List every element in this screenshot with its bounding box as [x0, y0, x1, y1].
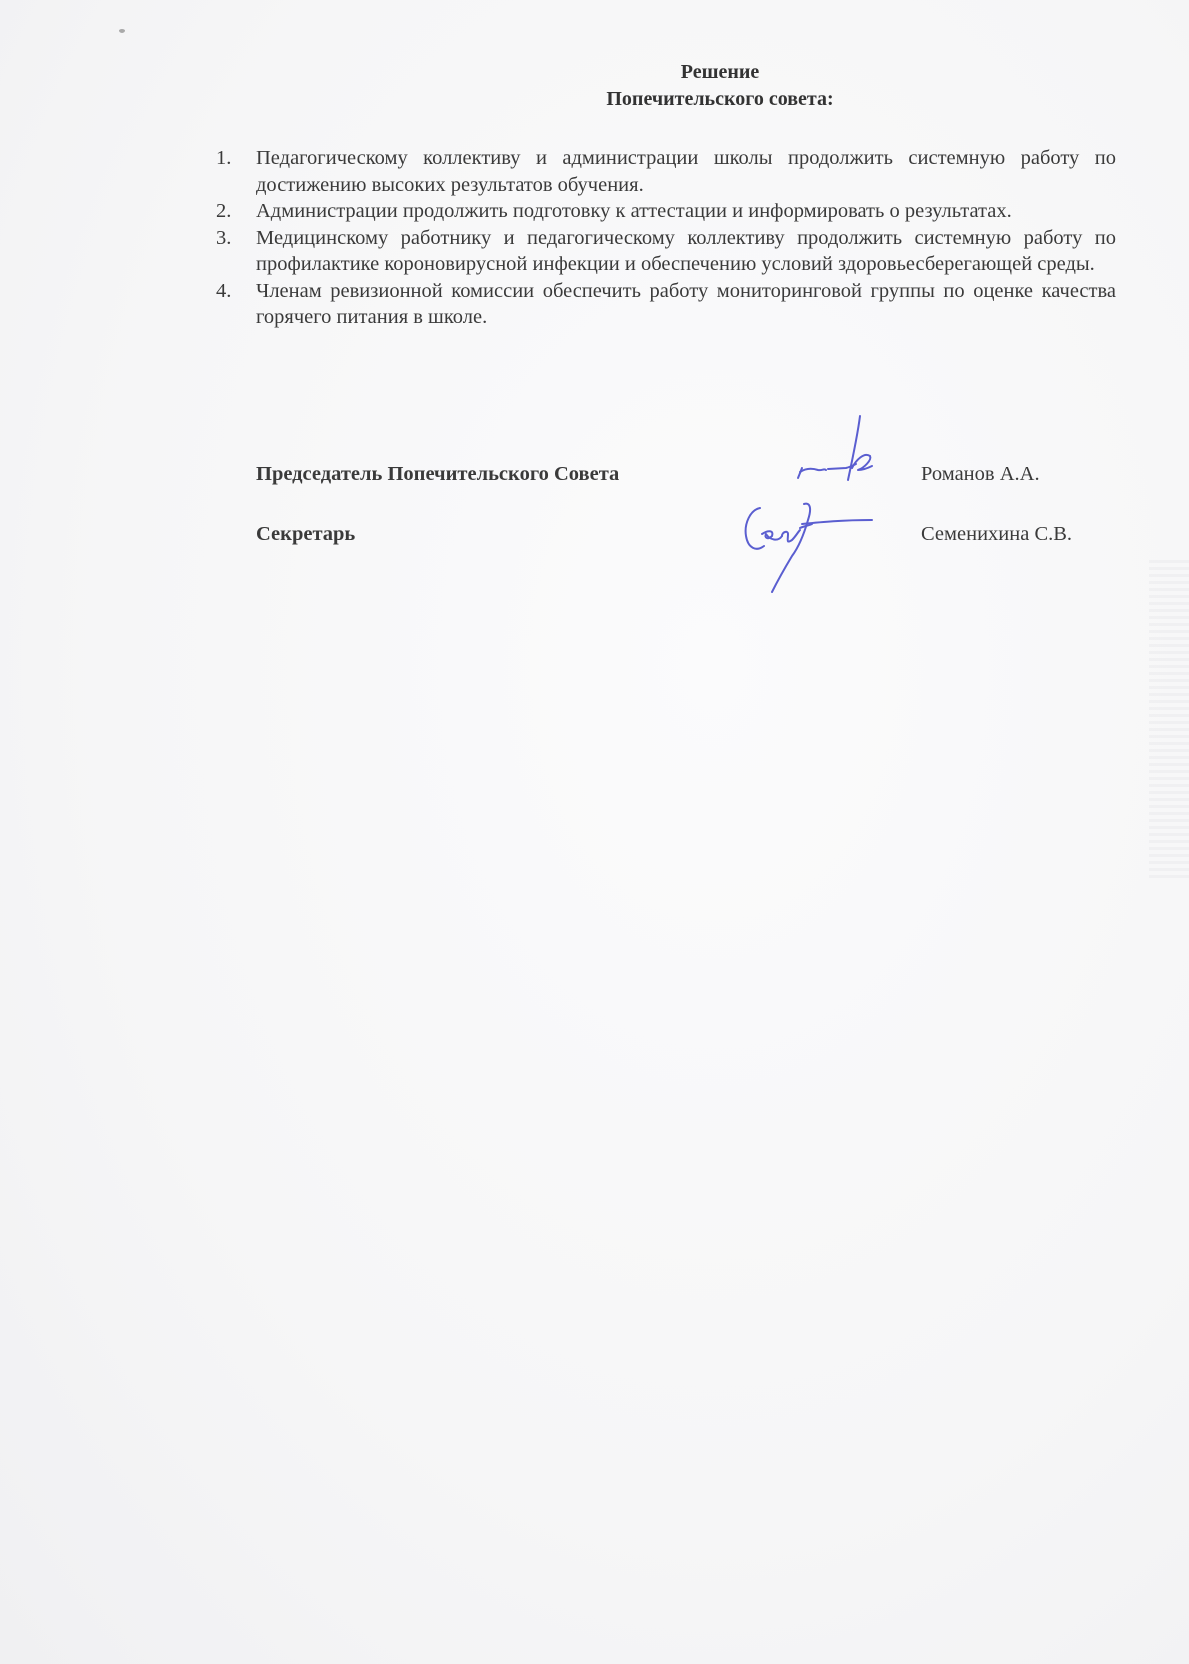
scan-speck [119, 29, 125, 33]
decision-number: 3. [216, 225, 231, 252]
decision-text: Администрации продолжить подготовку к ат… [256, 200, 1012, 222]
decision-text: Медицинскому работнику и педагогическому… [256, 227, 1116, 276]
decisions-list: 1. Педагогическому коллективу и админист… [214, 145, 1116, 331]
chair-name: Романов А.А. [921, 463, 1040, 486]
chair-handwritten-signature-icon [780, 412, 890, 492]
decision-number: 2. [216, 198, 231, 225]
secretary-role-label: Секретарь [256, 523, 355, 546]
decision-text: Педагогическому коллективу и администрац… [256, 147, 1116, 196]
decision-item: 4. Членам ревизионной комиссии обеспечит… [214, 278, 1116, 331]
decision-number: 4. [216, 278, 231, 305]
scan-artifact-edge [1149, 560, 1189, 880]
scanned-page: Решение Попечительского совета: 1. Педаг… [0, 0, 1189, 1664]
decision-item: 2. Администрации продолжить подготовку к… [214, 198, 1116, 225]
decision-item: 1. Педагогическому коллективу и админист… [214, 145, 1116, 198]
heading-line-1: Решение [0, 61, 1189, 84]
decision-item: 3. Медицинскому работнику и педагогическ… [214, 225, 1116, 278]
secretary-handwritten-signature-icon [742, 500, 892, 595]
secretary-name: Семенихина С.В. [921, 523, 1072, 546]
decision-number: 1. [216, 145, 231, 172]
heading-line-2: Попечительского совета: [0, 88, 1189, 111]
decision-text: Членам ревизионной комиссии обеспечить р… [256, 280, 1116, 329]
chair-role-label: Председатель Попечительского Совета [256, 463, 619, 486]
